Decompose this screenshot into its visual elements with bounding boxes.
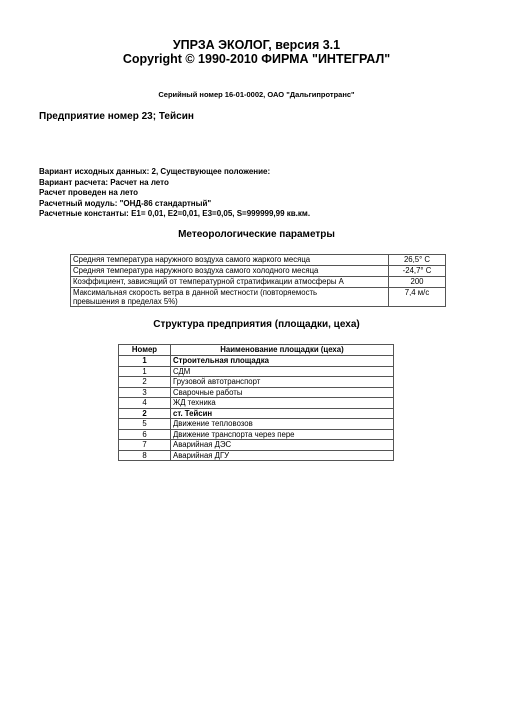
structure-title: Структура предприятия (площадки, цеха) <box>0 319 513 330</box>
table-row: Максимальная скорость ветра в данной мес… <box>71 288 446 307</box>
table-row: 2Грузовой автотранспорт <box>119 377 394 388</box>
table-row: Коэффициент, зависящий от температурной … <box>71 277 446 288</box>
param-line: Расчетный модуль: "ОНД-86 стандартный" <box>39 199 310 210</box>
row-name: ст. Тейсин <box>171 408 394 419</box>
table-row: 3Сварочные работы <box>119 387 394 398</box>
row-number: 4 <box>119 398 171 409</box>
enterprise-title: Предприятие номер 23; Тейсин <box>39 111 194 122</box>
meteo-value: 7,4 м/с <box>389 288 446 307</box>
row-name: Аварийная ДЭС <box>171 440 394 451</box>
meteo-label: Средняя температура наружного воздуха са… <box>71 255 389 266</box>
row-name: Движение тепловозов <box>171 419 394 430</box>
table-header-row: НомерНаименование площадки (цеха) <box>119 345 394 356</box>
row-number: 8 <box>119 450 171 461</box>
meteo-table: Средняя температура наружного воздуха са… <box>70 254 446 307</box>
table-row: Средняя температура наружного воздуха са… <box>71 266 446 277</box>
col-header-name: Наименование площадки (цеха) <box>171 345 394 356</box>
meteo-label: Максимальная скорость ветра в данной мес… <box>71 288 389 307</box>
row-name: Строительная площадка <box>171 356 394 367</box>
param-line: Расчетные константы: E1= 0,01, E2=0,01, … <box>39 209 310 220</box>
table-row: 4ЖД техника <box>119 398 394 409</box>
meteo-value: 26,5° C <box>389 255 446 266</box>
row-name: Аварийная ДГУ <box>171 450 394 461</box>
row-number: 6 <box>119 429 171 440</box>
app-title: УПРЗА ЭКОЛОГ, версия 3.1 <box>0 38 513 52</box>
param-line: Вариант расчета: Расчет на лето <box>39 178 310 189</box>
param-line: Расчет проведен на лето <box>39 188 310 199</box>
param-line: Вариант исходных данных: 2, Существующее… <box>39 167 310 178</box>
table-row: 2ст. Тейсин <box>119 408 394 419</box>
col-header-number: Номер <box>119 345 171 356</box>
row-number: 7 <box>119 440 171 451</box>
table-row: 1СДМ <box>119 366 394 377</box>
table-row: 6Движение транспорта через пере <box>119 429 394 440</box>
meteo-title: Метеорологические параметры <box>0 229 513 240</box>
row-number: 2 <box>119 408 171 419</box>
calc-params: Вариант исходных данных: 2, Существующее… <box>39 167 310 220</box>
meteo-value: 200 <box>389 277 446 288</box>
row-name: СДМ <box>171 366 394 377</box>
meteo-value: -24,7° C <box>389 266 446 277</box>
row-name: Сварочные работы <box>171 387 394 398</box>
table-row: 1Строительная площадка <box>119 356 394 367</box>
table-row: 8Аварийная ДГУ <box>119 450 394 461</box>
table-row: 5Движение тепловозов <box>119 419 394 430</box>
structure-table: НомерНаименование площадки (цеха) 1Строи… <box>118 344 394 461</box>
row-number: 1 <box>119 356 171 367</box>
row-name: Движение транспорта через пере <box>171 429 394 440</box>
row-number: 5 <box>119 419 171 430</box>
table-row: Средняя температура наружного воздуха са… <box>71 255 446 266</box>
row-number: 2 <box>119 377 171 388</box>
serial-number: Серийный номер 16-01-0002, ОАО "Дальгипр… <box>0 90 513 99</box>
row-name: ЖД техника <box>171 398 394 409</box>
table-row: 7Аварийная ДЭС <box>119 440 394 451</box>
row-number: 1 <box>119 366 171 377</box>
copyright: Copyright © 1990-2010 ФИРМА "ИНТЕГРАЛ" <box>0 52 513 66</box>
row-name: Грузовой автотранспорт <box>171 377 394 388</box>
row-number: 3 <box>119 387 171 398</box>
meteo-label: Коэффициент, зависящий от температурной … <box>71 277 389 288</box>
meteo-label: Средняя температура наружного воздуха са… <box>71 266 389 277</box>
